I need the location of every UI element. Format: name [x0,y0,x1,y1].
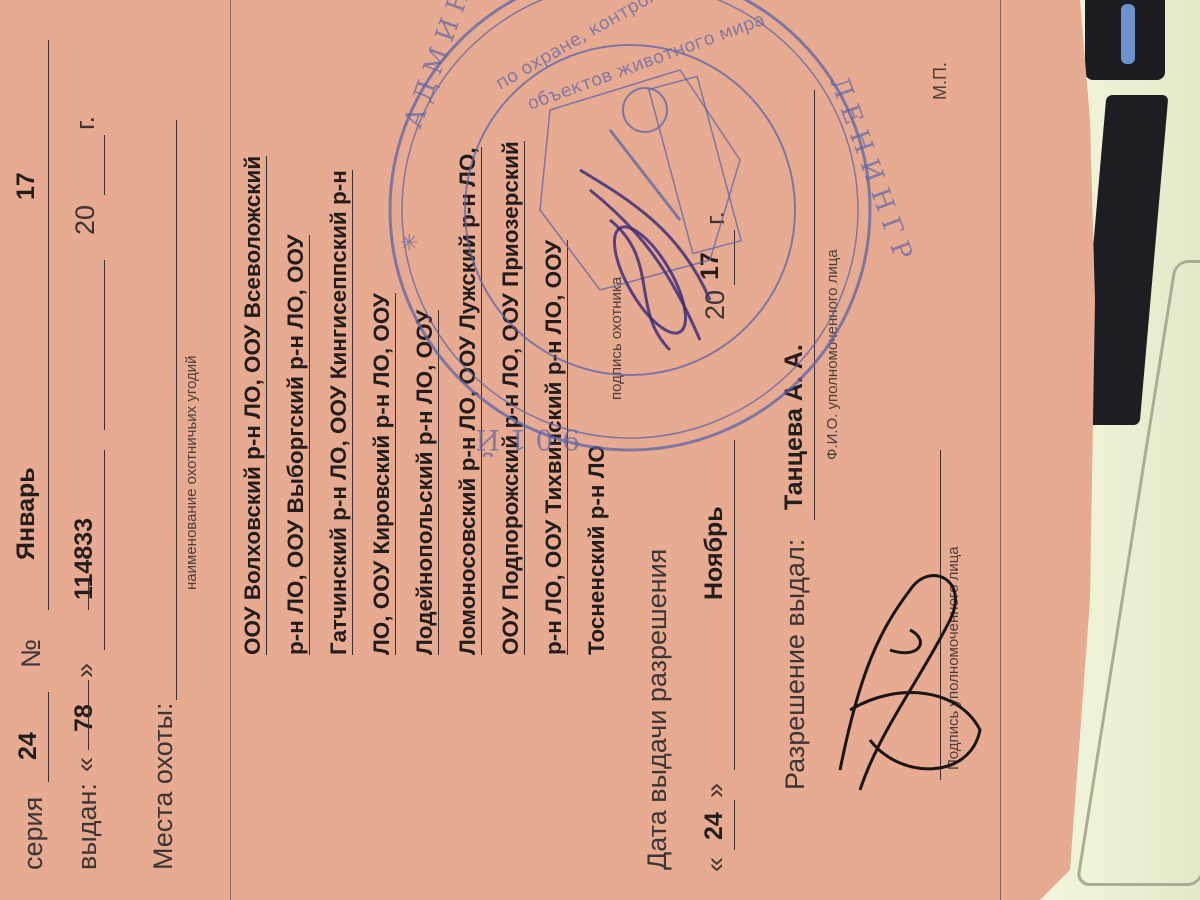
places-label: Места охоты: [148,703,179,871]
issued-number-value: 114833 [70,518,99,600]
issue-date-month: Ноябрь [700,506,729,600]
issued-day-value: 78 [70,704,99,732]
issued-number-underline [104,450,105,650]
place-line-5: Лодейнопольский р-н ЛО, ООУ [412,310,439,655]
issue-date-year-prefix: 20 [700,290,731,320]
series-value: 24 [14,732,43,760]
place-line-4: ЛО, ООУ Кировский р-н ЛО, ООУ [369,293,396,655]
issued-year-underline-a [104,260,105,430]
issued-quote-close: » [70,663,101,678]
number-label: № [16,639,47,668]
hunting-permit-page: серия 24 № Январь 17 выдан: « 78 » 11483… [0,0,1040,900]
issue-date-quote-open: « [700,857,731,872]
issued-number-strike [88,580,89,610]
issuer-name-underline [814,90,815,520]
place-line-1: ООУ Волховский р-н ЛО, ООУ Всеволожский [240,156,267,655]
laptop-command-key [1085,0,1165,80]
place-line-6: Ломоносовский р-н ЛО, ООУ Лужский р-н ЛО… [455,147,482,655]
issue-date-day: 24 [700,812,729,840]
issued-year-prefix: 20 [70,205,101,235]
issuer-signature-caption: Подпись уполномоченного лица [945,546,962,770]
issue-date-year-unit: г. [700,211,731,225]
issued-year-underline-b [104,135,105,195]
place-line-2: р-н ЛО, ООУ Выборгский р-н ЛО, ООУ [283,235,310,655]
issue-date-quote-close: » [700,783,731,798]
section-divider [230,0,231,900]
issued-label: выдан: [72,783,103,870]
seal-caption: М.П. [930,62,951,100]
places-underline [176,120,177,700]
issue-date-year-underline [734,230,735,285]
place-line-7: ООУ Подпорожский р-н ЛО, ООУ Приозерский [498,141,525,655]
issuer-name-caption: Ф.И.О. уполномоченного лица [824,249,841,460]
issued-quote-open: « [70,757,101,772]
place-line-9: Тосненский р-н ЛО [584,445,610,655]
year-suffix-value: 17 [12,172,41,200]
series-label: серия [18,797,49,870]
issue-date-label: Дата выдачи разрешения [642,549,673,870]
month-value: Январь [12,467,41,560]
number-underline [48,40,49,610]
issue-date-month-underline [734,440,735,770]
page-bottom-divider [1000,0,1001,900]
issuer-signature-line [940,450,941,780]
issue-date-year: 17 [696,252,725,280]
series-underline [48,692,49,782]
place-line-8: р-н ЛО, ООУ Тихвинский р-н ЛО, ООУ [541,240,568,655]
issuer-name: Танцева А. А. [780,344,809,510]
places-caption: наименование охотничьих угодий [183,356,200,591]
issue-date-day-underline [734,800,735,850]
key-label-glyph [1121,4,1135,64]
issued-year-unit: г. [70,116,101,130]
issuer-label: Разрешение выдал: [780,539,811,790]
place-line-3: Гатчинский р-н ЛО, ООУ Кингисеппский р-н [326,170,353,655]
issued-day-strike [88,680,89,750]
hunter-signature-caption: подпись охотника [608,277,625,400]
